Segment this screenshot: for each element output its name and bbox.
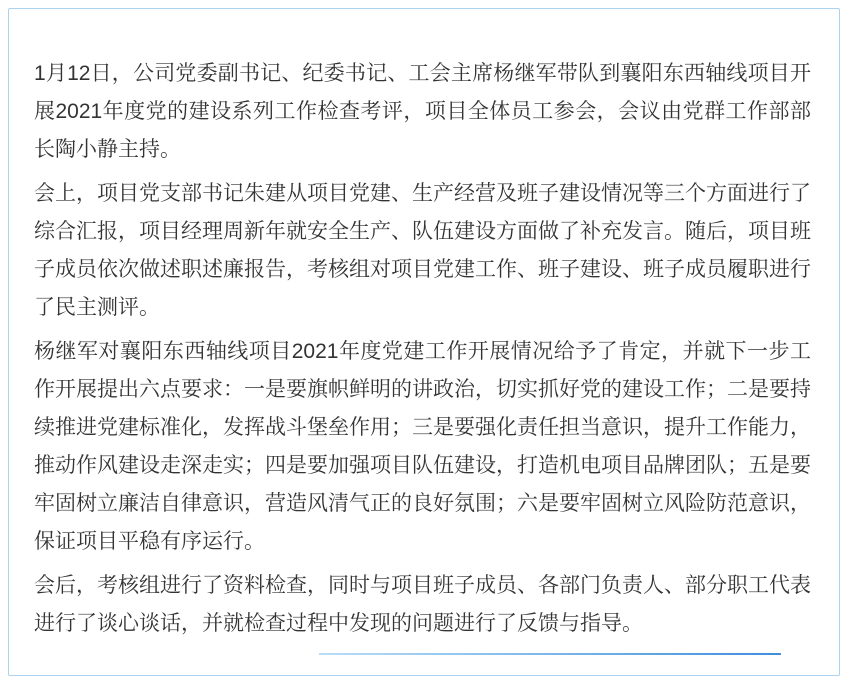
divider-line (319, 653, 781, 655)
article-paragraph: 1月12日，公司党委副书记、纪委书记、工会主席杨继军带队到襄阳东西轴线项目开展2… (34, 55, 811, 169)
article-paragraph: 会上，项目党支部书记朱建从项目党建、生产经营及班子建设情况等三个方面进行了综合汇… (34, 175, 811, 327)
article-paragraph: 杨继军对襄阳东西轴线项目2021年度党建工作开展情况给予了肯定，并就下一步工作开… (34, 333, 811, 561)
article-card: 1月12日，公司党委副书记、纪委书记、工会主席杨继军带队到襄阳东西轴线项目开展2… (8, 8, 840, 676)
article-paragraph: 会后，考核组进行了资料检查，同时与项目班子成员、各部门负责人、部分职工代表进行了… (34, 567, 811, 643)
